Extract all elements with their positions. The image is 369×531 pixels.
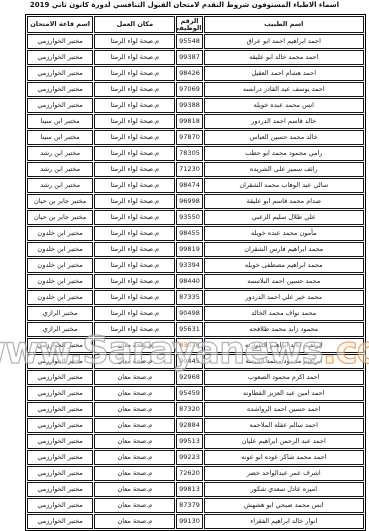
employee-number-cell: 78305 xyxy=(176,146,202,161)
employee-number-cell: 83018 xyxy=(176,338,202,353)
employee-number-cell: 98440 xyxy=(176,274,202,289)
workplace-cell: م.صحة معان xyxy=(94,370,175,385)
employee-number-cell: 90445 xyxy=(176,354,202,369)
employee-number-cell: 87379 xyxy=(176,498,202,513)
doctor-name-cell: احمد عبد الرحمن ابراهيم عليان xyxy=(204,434,364,449)
workplace-cell: م.صحة لواء الرمثا xyxy=(94,114,175,129)
table-row: محمد حسين احمد البلاسمه 98440 م.صحة لواء… xyxy=(27,274,364,289)
workplace-cell: م.صحة معان xyxy=(94,338,175,353)
doctors-roster-table: اسم الطبيب الرقم الوظيفي مكان العمل اسم … xyxy=(25,14,366,531)
workplace-cell: م.صحة لواء الرمثا xyxy=(94,306,175,321)
doctor-name-cell: محمد خير علي احمد الدردور xyxy=(204,290,364,305)
doctor-name-cell: انس محمد عبده خويله xyxy=(204,98,364,113)
employee-number-cell: 99818 xyxy=(176,114,202,129)
table-row: صدام محمد قاسم ابو عليقة 96998 م.صحة لوا… xyxy=(27,194,364,209)
workplace-cell: م.صحة لواء الرمثا xyxy=(94,242,175,257)
doctor-name-cell: خالد محمد حسين العباس xyxy=(204,130,364,145)
workplace-cell: م.صحة لواء الرمثا xyxy=(94,178,175,193)
exam-hall-cell: مختبر الخوارزمي xyxy=(27,482,93,497)
exam-hall-cell: مختبر الخوارزمي xyxy=(27,498,93,513)
employee-number-cell: 90498 xyxy=(176,306,202,321)
page-title: اسماء الاطباء المستوفون شروط التقدم لامت… xyxy=(0,1,369,9)
table-row: احمد حسين احمد الرواشده 87320 م.صحة معان… xyxy=(27,402,364,417)
exam-hall-cell: مختبر الخوارزمي xyxy=(27,450,93,465)
doctor-name-cell: احمد ابراهيم احمد ابو عراق xyxy=(204,34,364,49)
workplace-cell: م.صحة معان xyxy=(94,418,175,433)
exam-hall-cell: مختبر الخوارزمي xyxy=(27,514,93,529)
employee-number-cell: 95459 xyxy=(176,386,202,401)
document-page: اسماء الاطباء المستوفون شروط التقدم لامت… xyxy=(0,0,369,531)
workplace-cell: م.صحة معان xyxy=(94,466,175,481)
exam-hall-cell: مختبر ابن خلدون xyxy=(27,226,93,241)
table-row: محمد خير علي احمد الدردور 87335 م.صحة لو… xyxy=(27,290,364,305)
employee-number-cell: 99819 xyxy=(176,242,202,257)
doctor-name-cell: سالي عبد الوهاب محمد الشقران xyxy=(204,178,364,193)
workplace-cell: م.صحة معان xyxy=(94,514,175,529)
workplace-cell: م.صحة معان xyxy=(94,386,175,401)
header-row: اسم الطبيب الرقم الوظيفي مكان العمل اسم … xyxy=(27,16,364,33)
table-row: علي طلال سليم الزعبي 93550 م.صحة لواء ال… xyxy=(27,210,364,225)
table-row: احمد محمد شاكر عوده ابو عونه 99223 م.صحة… xyxy=(27,450,364,465)
exam-hall-cell: مختبر ابن خلدون xyxy=(27,274,93,289)
exam-hall-cell: مختبر الخوارزمي xyxy=(27,338,93,353)
table-row: محمد نواف محمد الخالد 90498 م.صحة لواء ا… xyxy=(27,306,364,321)
doctor-name-cell: خالد قاسم احمد الدردور xyxy=(204,114,364,129)
table-row: احمد يوسف عبد القادر درابسه 97069 م.صحة … xyxy=(27,82,364,97)
workplace-cell: م.صحة لواء الرمثا xyxy=(94,66,175,81)
doctor-name-cell: احمد حسين احمد الرواشده xyxy=(204,402,364,417)
workplace-cell: م.صحة لواء الرمثا xyxy=(94,50,175,65)
exam-hall-cell: مختبر ابن خلدون xyxy=(27,242,93,257)
exam-hall-cell: مختبر الخوارزمي xyxy=(27,466,93,481)
workplace-cell: م.صحة لواء الرمثا xyxy=(94,82,175,97)
employee-number-cell: 87320 xyxy=(176,402,202,417)
employee-number-cell: 97870 xyxy=(176,130,202,145)
workplace-cell: م.صحة معان xyxy=(94,482,175,497)
exam-hall-cell: مختبر الخوارزمي xyxy=(27,386,93,401)
employee-number-cell: 71230 xyxy=(176,162,202,177)
table-row: احمد اكرم محمود الصعوب 92968 م.صحة معان … xyxy=(27,370,364,385)
table-row: مأمون محمد عبده خويله 98455 م.صحة لواء ا… xyxy=(27,226,364,241)
table-row: احمد امين عبد العزيز القطاونه 95459 م.صح… xyxy=(27,386,364,401)
workplace-cell: م.صحة معان xyxy=(94,434,175,449)
header-employee-number: الرقم الوظيفي xyxy=(176,16,202,33)
workplace-cell: م.صحة لواء الرمثا xyxy=(94,210,175,225)
table-row: سالي عبد الوهاب محمد الشقران 98474 م.صحة… xyxy=(27,178,364,193)
table-row: خالد محمد حسين العباس 97870 م.صحة لواء ا… xyxy=(27,130,364,145)
employee-number-cell: 93394 xyxy=(176,258,202,273)
exam-hall-cell: مختبر الخوارزمي xyxy=(27,98,93,113)
workplace-cell: م.صحة لواء الرمثا xyxy=(94,290,175,305)
workplace-cell: م.صحة لواء الرمثا xyxy=(94,258,175,273)
employee-number-cell: 99813 xyxy=(176,482,202,497)
doctor-name-cell: محمد ابراهيم مصطفى خويله xyxy=(204,258,364,273)
exam-hall-cell: مختبر الرازي xyxy=(27,322,93,337)
doctor-name-cell: محمد نواف محمد الخالد xyxy=(204,306,364,321)
table-row: محمود زايد محمد طلافحه 95631 م.صحة لواء … xyxy=(27,322,364,337)
exam-hall-cell: مختبر الرازي xyxy=(27,306,93,321)
employee-number-cell: 95548 xyxy=(176,34,202,49)
exam-hall-cell: مختبر الخوارزمي xyxy=(27,34,93,49)
doctor-name-cell: محمد حسين احمد البلاسمه xyxy=(204,274,364,289)
doctor-name-cell: رائف سمير علي الشريده xyxy=(204,162,364,177)
exam-hall-cell: مختبر ابن رشد xyxy=(27,162,93,177)
table-row: رائف سمير علي الشريده 71230 م.صحة لواء ا… xyxy=(27,162,364,177)
doctor-name-cell: محمد ابراهيم فارس الشقران xyxy=(204,242,364,257)
doctor-name-cell: محمود زايد محمد طلافحه xyxy=(204,322,364,337)
table-row: احمد سالم عقله الملاحمه 92884 م.صحة معان… xyxy=(27,418,364,433)
doctor-name-cell: انس محمد صبحي ابو هشهش xyxy=(204,498,364,513)
workplace-cell: م.صحة لواء الرمثا xyxy=(94,322,175,337)
exam-hall-cell: مختبر ابن رشد xyxy=(27,178,93,193)
table-row: انس محمد صبحي ابو هشهش 87379 م.صحة معان … xyxy=(27,498,364,513)
doctor-name-cell: رامي محمود محمد ابو حطب xyxy=(204,146,364,161)
doctor-name-cell: مأمون محمد عبده خويله xyxy=(204,226,364,241)
exam-hall-cell: مختبر الخوارزمي xyxy=(27,82,93,97)
exam-hall-cell: مختبر الخوارزمي xyxy=(27,370,93,385)
employee-number-cell: 99130 xyxy=(176,514,202,529)
exam-hall-cell: مختبر الخوارزمي xyxy=(27,50,93,65)
table-header: اسم الطبيب الرقم الوظيفي مكان العمل اسم … xyxy=(27,16,364,33)
workplace-cell: م.صحة معان xyxy=(94,450,175,465)
header-workplace: مكان العمل xyxy=(94,16,175,33)
workplace-cell: م.صحة لواء الرمثا xyxy=(94,274,175,289)
table-row: اميره عادل سعدي شكور 99813 م.صحة معان مخ… xyxy=(27,482,364,497)
table-body: احمد ابراهيم احمد ابو عراق 95548 م.صحة ل… xyxy=(27,34,364,529)
employee-number-cell: 98426 xyxy=(176,66,202,81)
workplace-cell: م.صحة لواء الرمثا xyxy=(94,226,175,241)
exam-hall-cell: مختبر الخوارزمي xyxy=(27,354,93,369)
workplace-cell: م.صحة لواء الرمثا xyxy=(94,98,175,113)
exam-hall-cell: مختبر الخوارزمي xyxy=(27,66,93,81)
exam-hall-cell: مختبر جابر بن حيان xyxy=(27,194,93,209)
table-row: انوار خالد ابراهيم الفقراء 99130 م.صحة م… xyxy=(27,514,364,529)
employee-number-cell: 87335 xyxy=(176,290,202,305)
doctor-name-cell: احمد محمد خالد ابو عليقه xyxy=(204,50,364,65)
doctor-name-cell: اميره عادل سعدي شكور xyxy=(204,482,364,497)
employee-number-cell: 99387 xyxy=(176,50,202,65)
employee-number-cell: 96998 xyxy=(176,194,202,209)
workplace-cell: م.صحة معان xyxy=(94,402,175,417)
doctor-name-cell: احمد سالم عقله الملاحمه xyxy=(204,418,364,433)
employee-number-cell: 99388 xyxy=(176,98,202,113)
workplace-cell: م.صحة لواء الرمثا xyxy=(94,146,175,161)
exam-hall-cell: مختبر ابن سينا xyxy=(27,130,93,145)
workplace-cell: م.صحة لواء الرمثا xyxy=(94,162,175,177)
table-row: محمد ابراهيم مصطفى خويله 93394 م.صحة لوا… xyxy=(27,258,364,273)
exam-hall-cell: مختبر ابن رشد xyxy=(27,146,93,161)
header-exam-hall: اسم قاعة الامتحان xyxy=(27,16,93,33)
workplace-cell: م.صحة لواء الرمثا xyxy=(94,194,175,209)
exam-hall-cell: مختبر الخوارزمي xyxy=(27,402,93,417)
employee-number-cell: 92968 xyxy=(176,370,202,385)
exam-hall-cell: مختبر ابن خلدون xyxy=(27,258,93,273)
employee-number-cell: 72620 xyxy=(176,466,202,481)
employee-number-cell: 92884 xyxy=(176,418,202,433)
workplace-cell: م.صحة لواء الرمثا xyxy=(94,130,175,145)
employee-number-cell: 98474 xyxy=(176,178,202,193)
table-row: اشرف عمر عبدالواحد خضر 72620 م.صحة معان … xyxy=(27,466,364,481)
doctor-name-cell: اشرف عمر عبدالواحد خضر xyxy=(204,466,364,481)
doctor-name-cell: احمد امين عبد العزيز القطاونه xyxy=(204,386,364,401)
doctor-name-cell: ابراهيم خالد ابراهيم الطوارنه xyxy=(204,338,364,353)
exam-hall-cell: مختبر ابن سينا xyxy=(27,114,93,129)
table-row: ابراهيم خالد ابراهيم الطوارنه 83018 م.صح… xyxy=(27,338,364,353)
table-row: احمد محمد خالد ابو عليقه 99387 م.صحة لوا… xyxy=(27,50,364,65)
employee-number-cell: 99223 xyxy=(176,450,202,465)
exam-hall-cell: مختبر الخوارزمي xyxy=(27,434,93,449)
doctor-name-cell: احمد محمد شاكر عوده ابو عونه xyxy=(204,450,364,465)
doctor-name-cell: احمد هشام احمد العقيل xyxy=(204,66,364,81)
table-row: احمد عبد الرحمن ابراهيم عليان 99513 م.صح… xyxy=(27,434,364,449)
exam-hall-cell: مختبر الخوارزمي xyxy=(27,418,93,433)
employee-number-cell: 93550 xyxy=(176,210,202,225)
table-row: احمد هشام احمد العقيل 98426 م.صحة لواء ا… xyxy=(27,66,364,81)
employee-number-cell: 98455 xyxy=(176,226,202,241)
table-row: محمد ابراهيم فارس الشقران 99819 م.صحة لو… xyxy=(27,242,364,257)
doctor-name-cell: علي طلال سليم الزعبي xyxy=(204,210,364,225)
workplace-cell: م.صحة لواء الرمثا xyxy=(94,34,175,49)
doctor-name-cell: انوار خالد ابراهيم الفقراء xyxy=(204,514,364,529)
exam-hall-cell: مختبر جابر بن حيان xyxy=(27,210,93,225)
doctor-name-cell: صدام محمد قاسم ابو عليقة xyxy=(204,194,364,209)
exam-hall-cell: مختبر ابن خلدون xyxy=(27,290,93,305)
table-row: ابراهيم محمود محمد الحيصه 90445 م.صحة مع… xyxy=(27,354,364,369)
doctor-name-cell: احمد يوسف عبد القادر درابسه xyxy=(204,82,364,97)
doctor-name-cell: احمد اكرم محمود الصعوب xyxy=(204,370,364,385)
employee-number-cell: 99513 xyxy=(176,434,202,449)
employee-number-cell: 95631 xyxy=(176,322,202,337)
table-row: خالد قاسم احمد الدردور 99818 م.صحة لواء … xyxy=(27,114,364,129)
header-doctor-name: اسم الطبيب xyxy=(204,16,364,33)
employee-number-cell: 97069 xyxy=(176,82,202,97)
workplace-cell: م.صحة معان xyxy=(94,498,175,513)
doctor-name-cell: ابراهيم محمود محمد الحيصه xyxy=(204,354,364,369)
workplace-cell: م.صحة معان xyxy=(94,354,175,369)
table-row: انس محمد عبده خويله 99388 م.صحة لواء الر… xyxy=(27,98,364,113)
table-row: احمد ابراهيم احمد ابو عراق 95548 م.صحة ل… xyxy=(27,34,364,49)
table-row: رامي محمود محمد ابو حطب 78305 م.صحة لواء… xyxy=(27,146,364,161)
